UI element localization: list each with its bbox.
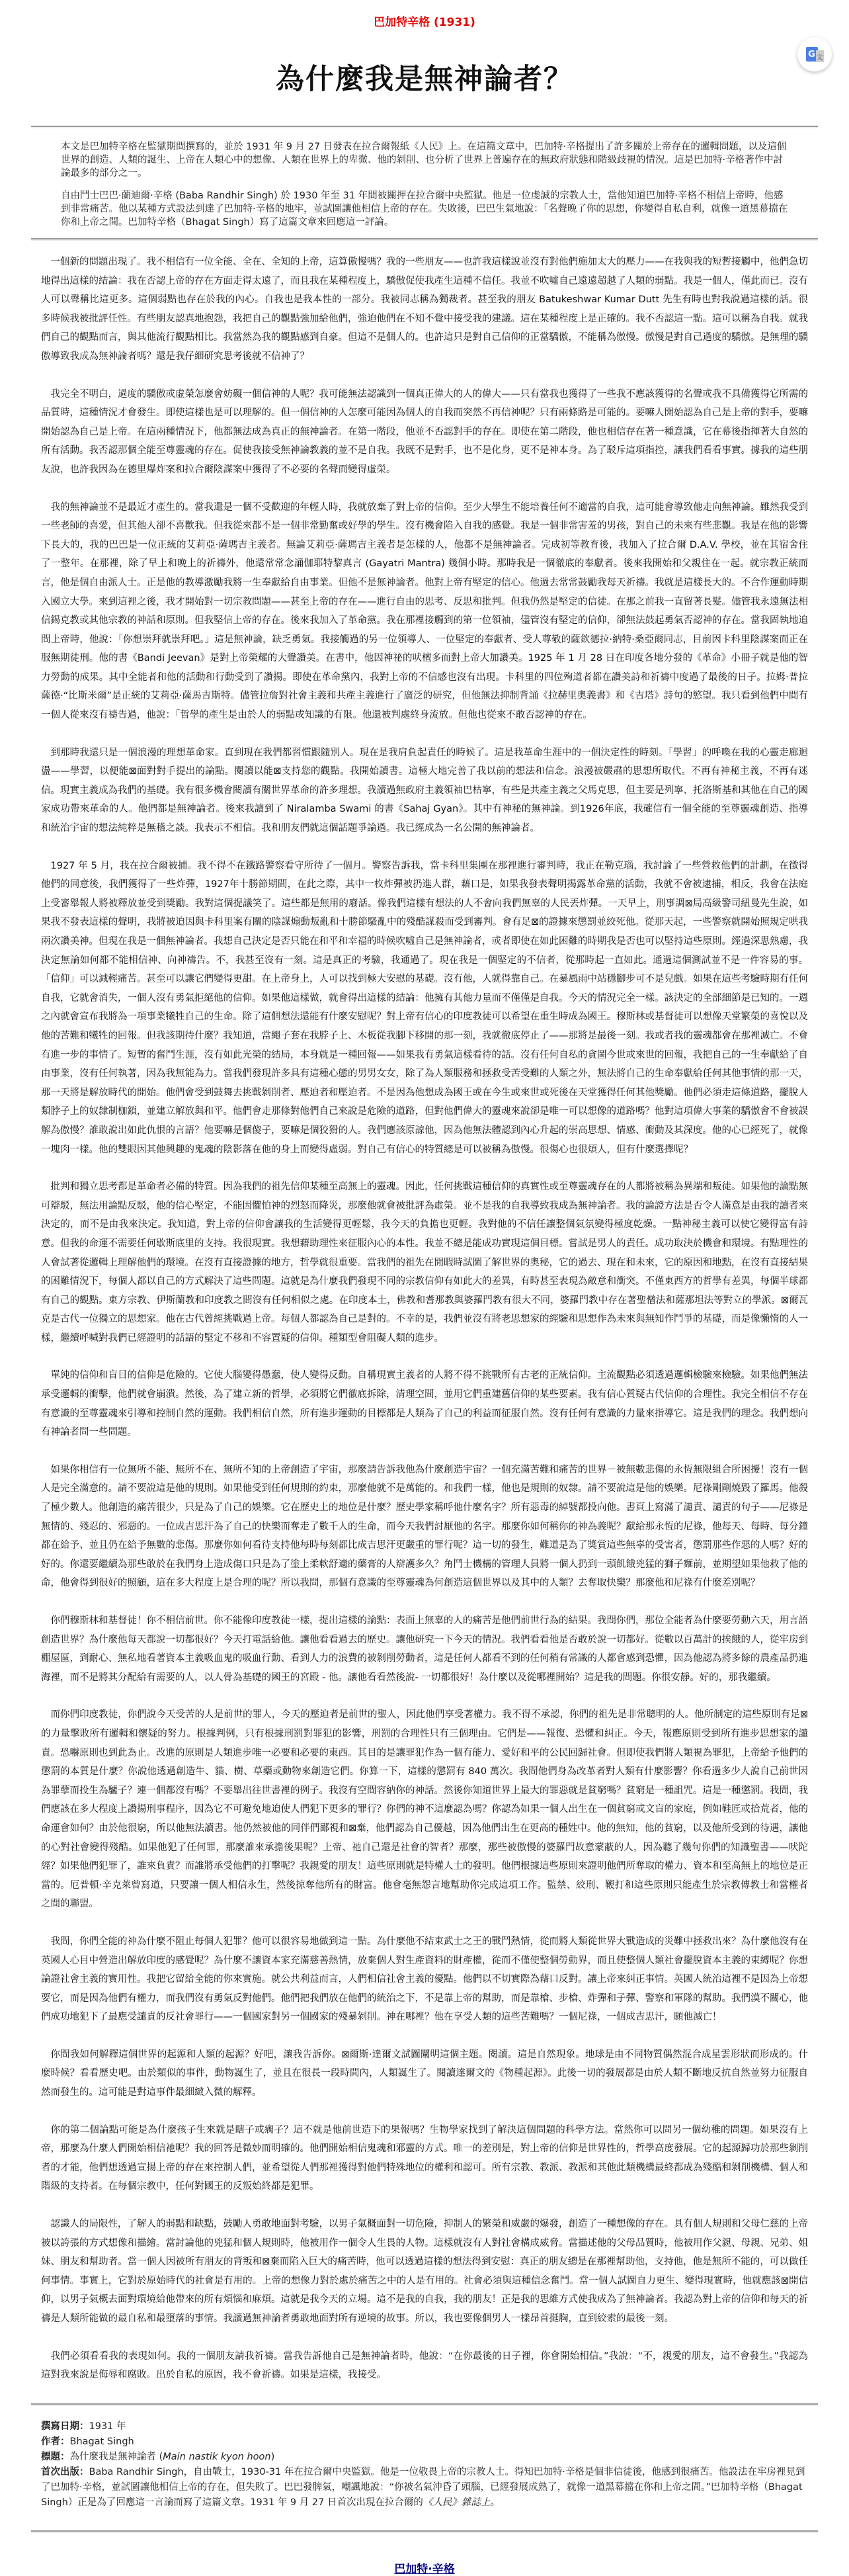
body-paragraph: 如果你相信有一位無所不能、無所不在、無所不知的上帝創造了宇宙，那麼請告訴我他為什… [41, 1461, 808, 1593]
body-paragraph: 你們穆斯林和基督徒！你不相信前世。你不能像印度教徒一樣，提出這樣的論點：表面上無… [41, 1611, 808, 1687]
article-body: 一個新的問題出現了。我不相信有一位全能、全在、全知的上帝，這算傲慢嗎？我的一些朋… [41, 253, 808, 2385]
body-paragraph: 我的無神論並不是最近才產生的。當我還是一個不受歡迎的年輕人時，我就放棄了對上帝的… [41, 498, 808, 725]
meta-date-label: 撰寫日期： [41, 2421, 89, 2432]
body-paragraph: 1927 年 5 月，我在拉合爾被捕。我不得不在鐵路警察看守所待了一個月。警察告… [41, 857, 808, 1160]
meta-date-row: 撰寫日期：1931 年 [41, 2419, 808, 2434]
intro-paragraph: 本文是巴加特辛格在監獄期間撰寫的，並於 1931 年 9 月 27 日發表在拉合… [61, 140, 788, 180]
meta-author-value: Bhagat Singh [70, 2436, 134, 2447]
meta-first-pub-label: 首次出版： [41, 2467, 89, 2477]
translate-char-icon: 文 [816, 50, 824, 62]
meta-title-close: ) [271, 2452, 275, 2462]
meta-date-value: 1931 年 [89, 2421, 126, 2432]
intro-section: 本文是巴加特辛格在監獄期間撰寫的，並於 1931 年 9 月 27 日發表在拉合… [61, 140, 788, 229]
body-paragraph: 我完全不明白，過度的驕傲或虛榮怎麼會妨礙一個信神的人呢？我可能無法認識到一個真正… [41, 385, 808, 480]
google-translate-button[interactable]: G 文 [797, 37, 832, 71]
body-paragraph: 你問我如何解釋這個世界的起源和人類的起源？好吧，讓我告訴你。⊠爾斯·達爾文試圖闡… [41, 2045, 808, 2102]
meta-title-original: Main nastik kyon hoon [163, 2452, 270, 2462]
intro-paragraph: 自由鬥士巴巴·蘭迪爾·辛格 (Baba Randhir Singh) 於 193… [61, 189, 788, 229]
meta-title-row: 標題：為什麼我是無神論者 (Main nastik kyon hoon) [41, 2450, 808, 2465]
meta-first-pub-journal: 《人民》雜誌上。 [423, 2497, 500, 2508]
body-paragraph: 單純的信仰和盲目的信仰是危險的。它使大腦變得愚蠢，使人變得反動。自稱現實主義者的… [41, 1366, 808, 1441]
divider-intro [31, 238, 818, 241]
meta-title-value: 為什麼我是無神論者 ( [70, 2452, 163, 2462]
meta-author-row: 作者：Bhagat Singh [41, 2434, 808, 2450]
meta-first-pub-row: 首次出版：Baba Randhir Singh，自由戰士，1930-31 年在拉… [41, 2465, 808, 2511]
meta-title-label: 標題： [41, 2452, 70, 2462]
footer: 巴加特·辛格 [0, 2559, 849, 2576]
divider-top [31, 126, 818, 128]
author-year-heading: 巴加特辛格 (1931) [0, 0, 849, 32]
body-paragraph: 認識人的局限性，了解人的弱點和缺點，鼓勵人勇敢地面對考驗，以男子氣概面對一切危險… [41, 2215, 808, 2329]
article-metadata: 撰寫日期：1931 年 作者：Bhagat Singh 標題：為什麼我是無神論者… [41, 2419, 808, 2511]
body-paragraph: 到那時我還只是一個浪漫的理想革命家。直到現在我們都習慣跟隨別人。現在是我肩負起責… [41, 744, 808, 838]
divider-meta [31, 2403, 818, 2406]
body-paragraph: 批判和獨立思考都是革命者必備的特質。因為我們的祖先信仰某種至高無上的靈魂。因此，… [41, 1178, 808, 1348]
body-paragraph: 我問，你們全能的神為什麼不阻止每個人犯罪？他可以很容易地做到這一點。為什麼他不結… [41, 1932, 808, 2027]
body-paragraph: 而你們印度教徒，你們說今天受苦的人是前世的罪人，今天的壓迫者是前世的聖人，因此他… [41, 1705, 808, 1914]
divider-bottom [31, 2530, 818, 2533]
body-paragraph: 我們必須看看我的表現如何。我的一個朋友請我祈禱。當我告訴他自己是無神論者時，他說… [41, 2347, 808, 2385]
body-paragraph: 一個新的問題出現了。我不相信有一位全能、全在、全知的上帝，這算傲慢嗎？我的一些朋… [41, 253, 808, 366]
body-paragraph: 你的第二個論點可能是為什麼孩子生來就是瞎子或瘸子？這不就是他前世造下的果報嗎？生… [41, 2121, 808, 2196]
page-title: 為什麼我是無神論者？ [0, 60, 849, 99]
meta-author-label: 作者： [41, 2436, 70, 2447]
author-index-link[interactable]: 巴加特·辛格 [394, 2563, 454, 2576]
